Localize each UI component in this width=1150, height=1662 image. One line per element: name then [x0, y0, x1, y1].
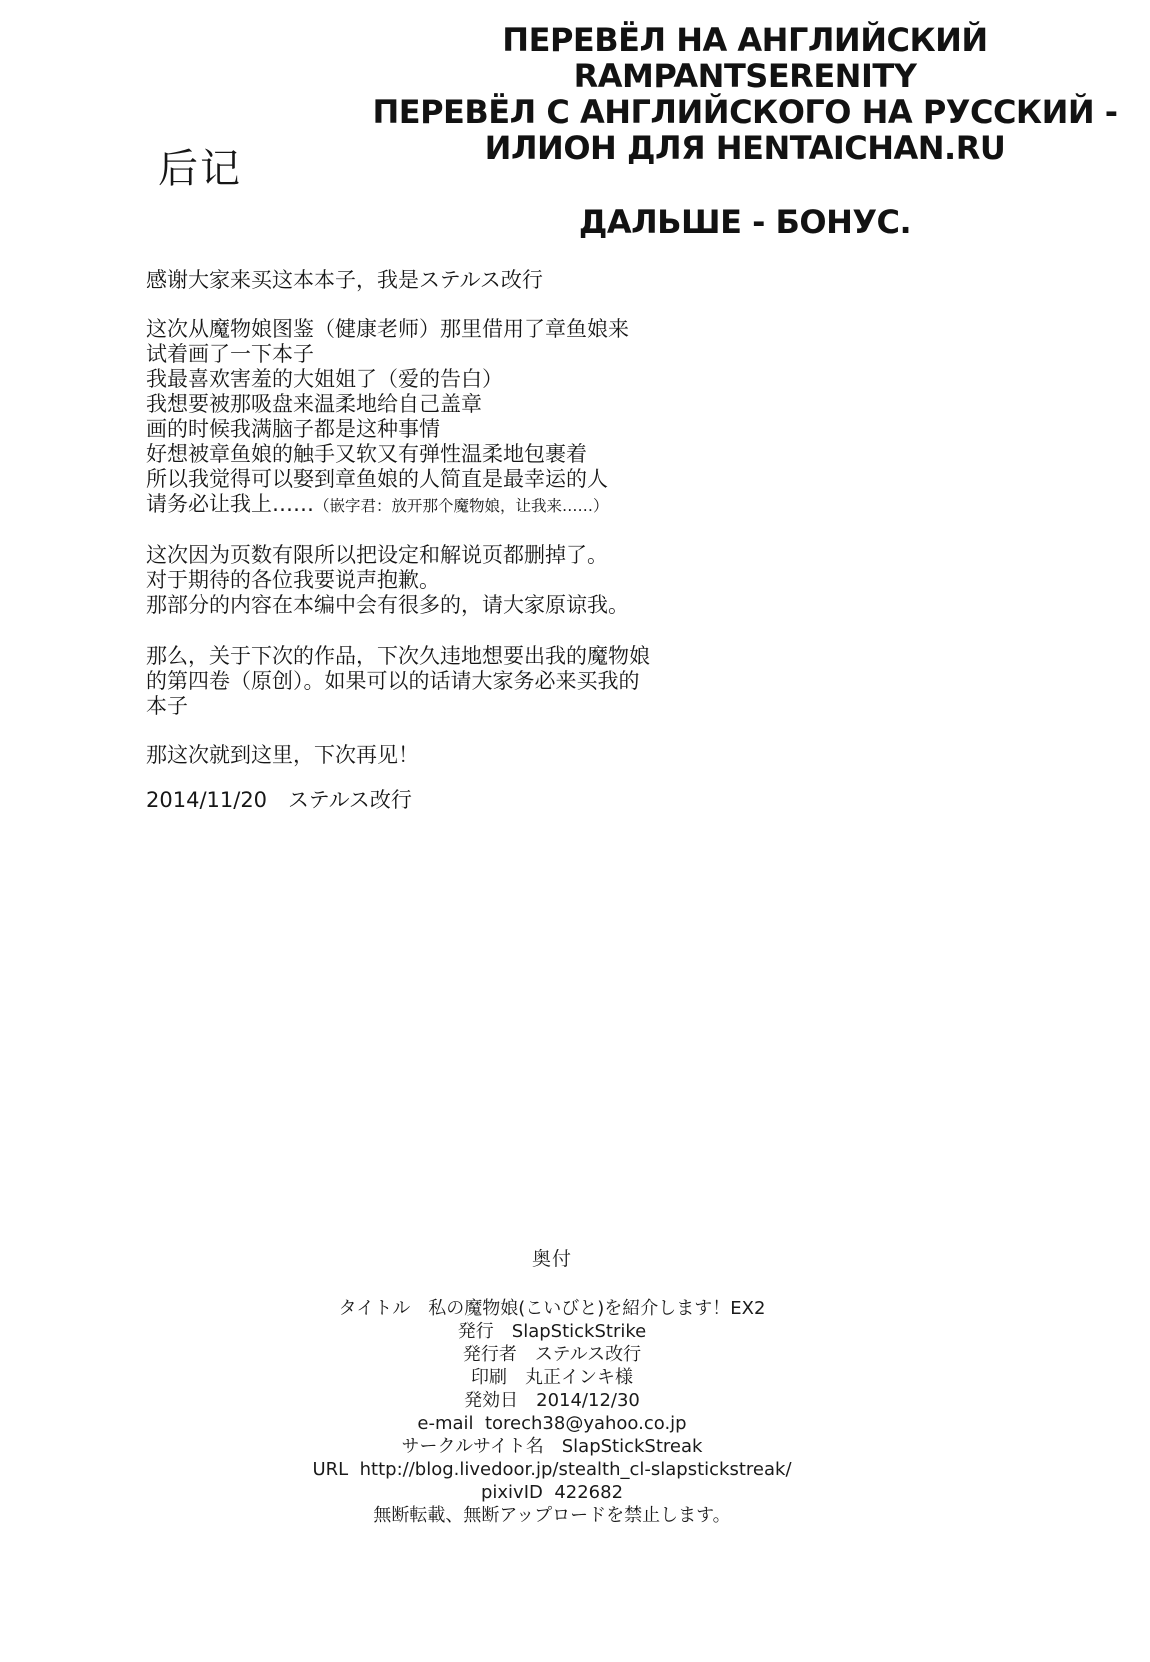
translator-credits: ПЕРЕВЁЛ НА АНГЛИЙСКИЙ RAMPANTSERENITY ПЕ…	[340, 22, 1150, 240]
afterword-line: 所以我觉得可以娶到章鱼娘的人简直是最幸运的人	[146, 467, 650, 492]
colophon-row-email: e-mail torech38@yahoo.co.jp	[0, 1412, 1104, 1435]
scanned-page: ПЕРЕВЁЛ НА АНГЛИЙСКИЙ RAMPANTSERENITY ПЕ…	[0, 0, 1150, 1662]
afterword-line: 本子	[146, 694, 650, 719]
afterword-paragraph-octopus-girl: 这次从魔物娘图鉴（健康老师）那里借用了章鱼娘来 试着画了一下本子 我最喜欢害羞的…	[146, 317, 650, 519]
colophon-row-author: 発行者 ステルス改行	[0, 1343, 1104, 1366]
afterword-signoff-date: 2014/11/20 ステルス改行	[146, 788, 650, 813]
afterword-paragraph-pages-cut: 这次因为页数有限所以把设定和解说页都删掉了。 对于期待的各位我要说声抱歉。 那部…	[146, 543, 650, 618]
colophon-row-printer: 印刷 丸正インキ様	[0, 1366, 1104, 1389]
colophon-row-circle-site: サークルサイト名 SlapStickStreak	[0, 1435, 1104, 1458]
translator-credit-line-3: ПЕРЕВЁЛ С АНГЛИЙСКОГО НА РУССКИЙ -	[340, 94, 1150, 130]
typesetter-note: （嵌字君：放开那个魔物娘，让我来……）	[314, 497, 609, 515]
afterword-line: 那部分的内容在本编中会有很多的，请大家原谅我。	[146, 593, 650, 618]
afterword-line-with-typesetter-note: 请务必让我上……（嵌字君：放开那个魔物娘，让我来……）	[146, 492, 650, 519]
afterword-line: 我最喜欢害羞的大姐姐了（爱的告白）	[146, 367, 650, 392]
afterword-line: 试着画了一下本子	[146, 342, 650, 367]
translator-credit-line-4: ИЛИОН ДЛЯ HENTAICHAN.RU	[340, 130, 1150, 166]
afterword-line: 好想被章鱼娘的触手又软又有弹性温柔地包裹着	[146, 442, 650, 467]
colophon-row-pixiv-id: pixivID 422682	[0, 1481, 1104, 1504]
translator-credit-line-2: RAMPANTSERENITY	[340, 58, 1150, 94]
afterword-line: 那么，关于下次的作品，下次久违地想要出我的魔物娘	[146, 644, 650, 669]
bonus-note: ДАЛЬШЕ - БОНУС.	[340, 204, 1150, 240]
afterword-line: 我想要被那吸盘来温柔地给自己盖章	[146, 392, 650, 417]
colophon-row-no-reupload-notice: 無断転載、無断アップロードを禁止します。	[0, 1504, 1104, 1527]
afterword-line: 这次因为页数有限所以把设定和解说页都删掉了。	[146, 543, 650, 568]
afterword-paragraph-farewell: 那这次就到这里，下次再见！	[146, 743, 650, 768]
afterword-line-main: 请务必让我上……	[146, 492, 314, 516]
afterword-line: 这次从魔物娘图鉴（健康老师）那里借用了章鱼娘来	[146, 317, 650, 342]
afterword-title: 后记	[158, 146, 242, 192]
afterword-line: 感谢大家来买这本本子，我是ステルス改行	[146, 268, 650, 293]
colophon-row-issue-date: 発効日 2014/12/30	[0, 1389, 1104, 1412]
afterword-paragraph-next-work: 那么，关于下次的作品，下次久违地想要出我的魔物娘 的第四卷（原创）。如果可以的话…	[146, 644, 650, 719]
afterword-paragraph-greeting: 感谢大家来买这本本子，我是ステルス改行	[146, 268, 650, 293]
colophon-heading: 奥付	[0, 1248, 1104, 1271]
afterword-line: 的第四卷（原创）。如果可以的话请大家务必来买我的	[146, 669, 650, 694]
colophon-row-url: URL http://blog.livedoor.jp/stealth_cl-s…	[0, 1458, 1104, 1481]
colophon: 奥付 タイトル 私の魔物娘(こいびと)を紹介します！EX2 発行 SlapSti…	[0, 1248, 1104, 1527]
colophon-rows: タイトル 私の魔物娘(こいびと)を紹介します！EX2 発行 SlapStickS…	[0, 1297, 1104, 1527]
translator-credit-line-1: ПЕРЕВЁЛ НА АНГЛИЙСКИЙ	[340, 22, 1150, 58]
afterword-line: 对于期待的各位我要说声抱歉。	[146, 568, 650, 593]
afterword-line: 画的时候我满脑子都是这种事情	[146, 417, 650, 442]
colophon-row-publisher: 発行 SlapStickStrike	[0, 1320, 1104, 1343]
afterword-line: 那这次就到这里，下次再见！	[146, 743, 650, 768]
colophon-row-title: タイトル 私の魔物娘(こいびと)を紹介します！EX2	[0, 1297, 1104, 1320]
afterword-body: 感谢大家来买这本本子，我是ステルス改行 这次从魔物娘图鉴（健康老师）那里借用了章…	[146, 268, 650, 813]
